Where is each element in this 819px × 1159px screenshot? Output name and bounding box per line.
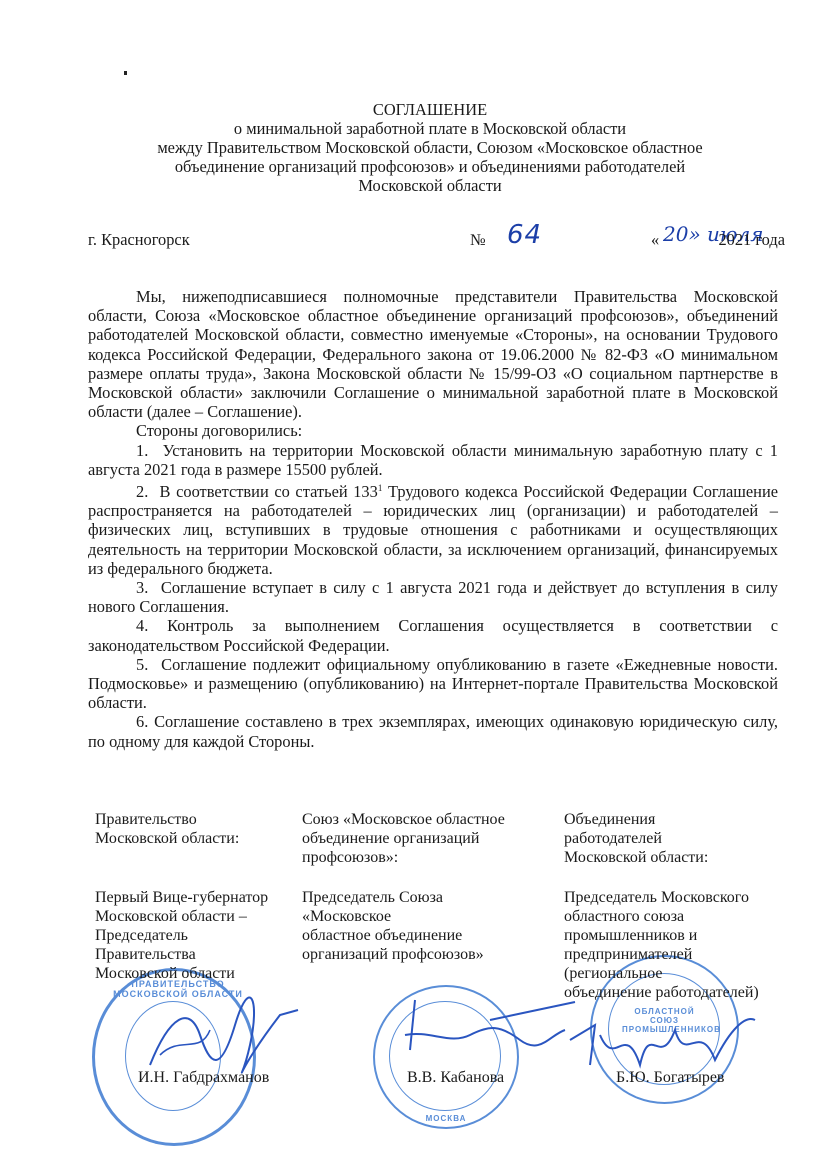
org-line: работодателей — [564, 829, 794, 848]
position-line: Правительства — [95, 945, 295, 964]
position-line: Председатель Союза — [302, 888, 552, 907]
stamp-text: ОБЛАСТНОЙ СОЮЗ ПРОМЫШЛЕННИКОВ — [622, 1007, 707, 1034]
clause-text: Соглашение вступает в силу с 1 августа 2… — [88, 578, 778, 616]
clause-4: 4. Контроль за выполнением Соглашения ос… — [88, 616, 778, 654]
position: Председатель Московского областного союз… — [564, 888, 794, 1002]
clause-text: Контроль за выполнением Соглашения осуще… — [88, 616, 778, 654]
clause-number: 5. — [136, 655, 148, 674]
document-number-handwritten: 64 — [507, 220, 542, 250]
org-line: Московской области: — [564, 848, 794, 867]
signatory-trade-unions: Союз «Московское областное объединение о… — [302, 810, 552, 867]
trade-union-stamp: МОСКВА — [373, 985, 519, 1129]
position-line: Председатель — [95, 926, 295, 945]
subtitle-line: о минимальной заработной плате в Московс… — [80, 119, 780, 138]
agreement-body: Мы, нижеподписавшиеся полномочные предст… — [88, 287, 778, 751]
government-stamp: ПРАВИТЕЛЬСТВО МОСКОВСКОЙ ОБЛАСТИ — [92, 968, 256, 1146]
org-line: Союз «Московское областное — [302, 810, 552, 829]
clause-number: 1. — [136, 441, 148, 460]
signer-name: И.Н. Габдрахманов — [138, 1068, 269, 1087]
document-header: СОГЛАШЕНИЕ о минимальной заработной плат… — [80, 100, 780, 195]
clause-1: 1. Установить на территории Московской о… — [88, 441, 778, 479]
clause-text: Соглашение составлено в трех экземплярах… — [88, 712, 778, 750]
signatory-employers: Объединения работодателей Московской обл… — [564, 810, 794, 867]
position-line: Московской области – — [95, 907, 295, 926]
position: Первый Вице-губернатор Московской област… — [95, 888, 295, 983]
clause-number: 3. — [136, 578, 148, 597]
org-line: профсоюзов»: — [302, 848, 552, 867]
subtitle-line: объединение организаций профсоюзов» и об… — [80, 157, 780, 176]
document-page: СОГЛАШЕНИЕ о минимальной заработной плат… — [0, 0, 819, 1159]
clause-5: 5. Соглашение подлежит официальному опуб… — [88, 655, 778, 713]
intro-paragraph: Мы, нижеподписавшиеся полномочные предст… — [88, 287, 778, 421]
clause-text: Соглашение подлежит официальному опублик… — [88, 655, 778, 712]
date-quote-open: « — [651, 230, 659, 250]
signer-name: Б.Ю. Богатырев — [616, 1068, 724, 1087]
clause-text: Установить на территории Московской обла… — [88, 441, 778, 479]
clause-number: 6. — [136, 712, 148, 731]
document-meta-row: г. Красногорск № 64 « 20» июля 2021 года — [80, 226, 785, 250]
number-label: № — [470, 230, 486, 250]
org-line: Правительство — [95, 810, 295, 829]
clause-text: В соответствии со статьей 133 — [160, 482, 378, 501]
org-line: объединение организаций — [302, 829, 552, 848]
document-title: СОГЛАШЕНИЕ — [80, 100, 780, 119]
subtitle-line: Московской области — [80, 176, 780, 195]
scan-speck — [124, 71, 127, 75]
clause-3: 3. Соглашение вступает в силу с 1 август… — [88, 578, 778, 616]
position-line: областного союза — [564, 907, 794, 926]
date-year: 2021 года — [718, 230, 785, 250]
signatory-government: Правительство Московской области: Первый… — [95, 810, 295, 848]
subtitle-line: между Правительством Московской области,… — [80, 138, 780, 157]
position: Председатель Союза «Московское областное… — [302, 888, 552, 964]
org-line: Московской области: — [95, 829, 295, 848]
clause-number: 2. — [136, 482, 148, 501]
position-line: организаций профсоюзов» — [302, 945, 552, 964]
agreed-line: Стороны договорились: — [88, 421, 778, 440]
position-line: предпринимателей — [564, 945, 794, 964]
position-line: «Московское — [302, 907, 552, 926]
position-line: промышленников и — [564, 926, 794, 945]
city: г. Красногорск — [88, 230, 190, 250]
position-line: Первый Вице-губернатор — [95, 888, 295, 907]
position-line: Московской области — [95, 964, 295, 983]
position-line: объединение работодателей) — [564, 983, 794, 1002]
clause-6: 6. Соглашение составлено в трех экземпля… — [88, 712, 778, 750]
signer-name: В.В. Кабанова — [407, 1068, 504, 1087]
position-line: областное объединение — [302, 926, 552, 945]
clause-2: 2. В соответствии со статьей 1331 Трудов… — [88, 479, 778, 578]
org-line: Объединения — [564, 810, 794, 829]
position-line: (региональное — [564, 964, 794, 983]
stamp-text: МОСКВА — [375, 1114, 517, 1123]
clause-number: 4. — [136, 616, 148, 635]
position-line: Председатель Московского — [564, 888, 794, 907]
